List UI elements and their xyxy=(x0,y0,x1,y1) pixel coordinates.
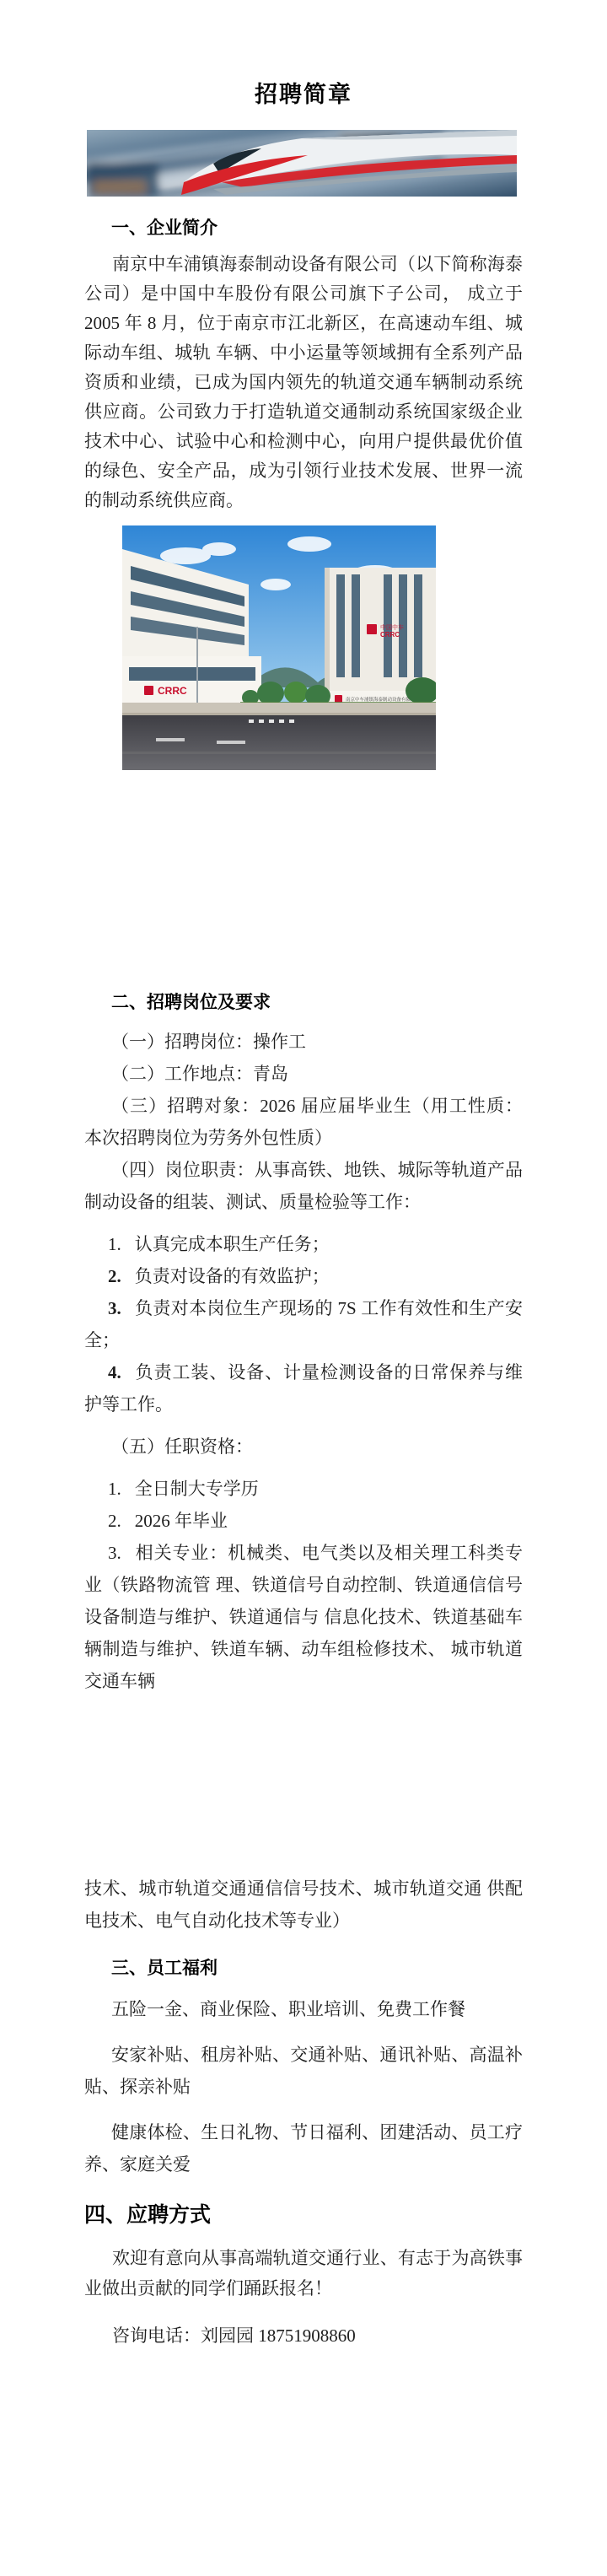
duty-number: 4. xyxy=(108,1362,121,1382)
section2-heading: 二、招聘岗位及要求 xyxy=(84,990,523,1016)
lamp-post xyxy=(196,627,198,704)
road xyxy=(122,715,436,770)
duty-number: 2. xyxy=(108,1266,121,1286)
qual-item: 1.全日制大专学历 xyxy=(84,1473,523,1505)
svg-text:CRRC: CRRC xyxy=(158,685,187,697)
train-banner-image xyxy=(87,130,517,197)
qual-number: 2. xyxy=(108,1511,121,1531)
benefit-line: 五险一金、商业保险、职业培训、免费工作餐 xyxy=(84,1993,523,2025)
item-duties-intro: （四）岗位职责：从事高铁、地铁、城际等轨道产品制动设备的组装、测试、质量检验等工… xyxy=(84,1154,523,1218)
item-target: （三）招聘对象：2026 届应届毕业生（用工性质：本次招聘岗位为劳务外包性质） xyxy=(84,1090,523,1154)
contact-phone-line: 咨询电话：刘园园 18751908860 xyxy=(84,2320,523,2351)
svg-text:CRRC: CRRC xyxy=(380,631,400,639)
qual-text: 2026 年毕业 xyxy=(135,1511,228,1531)
company-intro-paragraph: 南京中车浦镇海泰制动设备有限公司（以下简称海泰公司）是中国中车股份有限公司旗下子… xyxy=(84,250,523,515)
benefit-line: 健康体检、生日礼物、节日福利、团建活动、员工疗养、家庭关爱 xyxy=(84,2116,523,2180)
duties-list: 1.认真完成本职生产任务； 2.负责对设备的有效监护； 3.负责对本岗位生产现场… xyxy=(84,1228,523,1420)
duty-item: 4.负责工装、设备、计量检测设备的日常保养与维护等工作。 xyxy=(84,1356,523,1420)
section1-heading: 一、企业简介 xyxy=(84,216,523,241)
qual-item: 2.2026 年毕业 xyxy=(84,1505,523,1537)
qual-text: 全日制大专学历 xyxy=(135,1479,259,1499)
left-crrc-logo: CRRC xyxy=(144,685,187,697)
road-reflection xyxy=(122,752,436,754)
section2-items: （一）招聘岗位：操作工 （二）工作地点：青岛 （三）招聘对象：2026 届应届毕… xyxy=(84,1026,523,1218)
document-content: 招聘简章 xyxy=(0,76,607,2418)
qualification-block: （五）任职资格： xyxy=(84,1431,523,1463)
section3-heading: 三、员工福利 xyxy=(84,1956,523,1981)
duty-number: 1. xyxy=(108,1234,121,1254)
qualifications-continued: 技术、城市轨道交通通信信号技术、城市轨道交通 供配电技术、电气自动化技术等专业） xyxy=(84,1873,523,1937)
benefit-line: 安家补贴、租房补贴、交通补贴、通讯补贴、高温补贴、探亲补贴 xyxy=(84,2039,523,2103)
item-qualifications-intro: （五）任职资格： xyxy=(84,1431,523,1463)
svg-text:中国中车: 中国中车 xyxy=(380,623,404,631)
qualifications-list: 1.全日制大专学历 2.2026 年毕业 3.相关专业：机械类、电气类以及相关理… xyxy=(84,1473,523,1697)
item-location: （二）工作地点：青岛 xyxy=(84,1058,523,1090)
sidewalk xyxy=(122,703,436,714)
qual-number: 1. xyxy=(108,1479,121,1499)
campus-photo: CRRC 中国中车 CRRC 南京中车浦镇海泰制动设备有限公 xyxy=(122,525,436,770)
apply-invitation-paragraph: 欢迎有意向从事高端轨道交通行业、有志于为高铁事业做出贡献的同学们踊跃报名！ xyxy=(84,2243,523,2304)
qual-number: 3. xyxy=(108,1543,121,1563)
section4-heading: 四、应聘方式 xyxy=(84,2201,523,2229)
duty-text: 负责对设备的有效监护； xyxy=(135,1266,330,1286)
curb xyxy=(122,713,436,715)
qual-text: 相关专业：机械类、电气类以及相关理工科类专业（铁路物流管 理、铁道信号自动控制、… xyxy=(84,1543,523,1691)
page-break-gap xyxy=(84,770,523,971)
item-position: （一）招聘岗位：操作工 xyxy=(84,1026,523,1058)
duty-text: 负责工装、设备、计量检测设备的日常保养与维护等工作。 xyxy=(84,1362,523,1415)
duty-item: 2.负责对设备的有效监护； xyxy=(84,1260,523,1292)
qual-item: 3.相关专业：机械类、电气类以及相关理工科类专业（铁路物流管 理、铁道信号自动控… xyxy=(84,1537,523,1697)
duty-text: 认真完成本职生产任务； xyxy=(135,1234,330,1254)
recruitment-document: 招聘简章 xyxy=(0,0,607,2576)
page-title: 招聘简章 xyxy=(84,76,523,109)
duty-item: 1.认真完成本职生产任务； xyxy=(84,1228,523,1260)
page-break-gap xyxy=(84,1697,523,1873)
duty-number: 3. xyxy=(108,1298,121,1318)
duty-text: 负责对本岗位生产现场的 7S 工作有效性和生产安全； xyxy=(84,1298,523,1350)
duty-item: 3.负责对本岗位生产现场的 7S 工作有效性和生产安全； xyxy=(84,1292,523,1356)
